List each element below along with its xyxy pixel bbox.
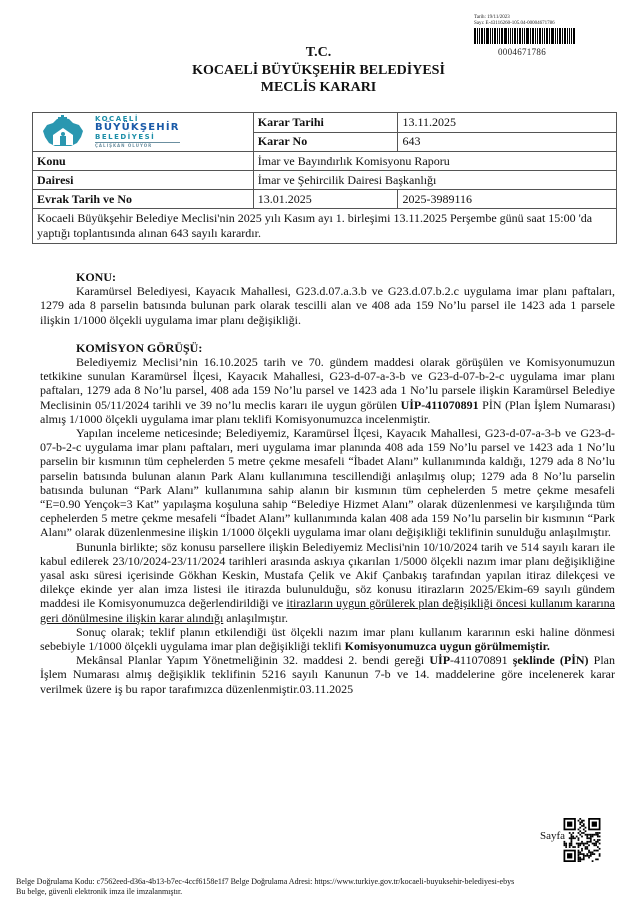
pin-number: UİP-411070891 xyxy=(401,398,479,412)
konu-text: Karamürsel Belediyesi, Kayacık Mahallesi… xyxy=(40,284,615,327)
verification-code: Belge Doğrulama Kodu: c7562eed-d36a-4b13… xyxy=(16,877,514,887)
logo-text-belediyesi: BELEDİYESİ xyxy=(95,133,180,141)
qr-code-icon xyxy=(563,818,601,862)
logo-cell: KOCAELİ BÜYÜKŞEHİR BELEDİYESİ ÇALIŞKAN O… xyxy=(33,113,254,152)
conclusion-bold: Komisyonumuzca uygun görülmemiştir. xyxy=(345,639,550,653)
konu-value: İmar ve Bayındırlık Komisyonu Raporu xyxy=(253,152,616,171)
logo-text-buyuksehir: BÜYÜKŞEHİR xyxy=(95,123,180,133)
stamp-date: 19/11/2023 xyxy=(487,15,510,20)
page-label: Sayfa xyxy=(540,830,565,842)
header-tc: T.C. xyxy=(0,45,637,61)
komisyon-paragraph-4: Sonuç olarak; teklif planın etkilendiği … xyxy=(40,625,615,653)
stamp-date-label: Tarih: xyxy=(474,15,486,20)
komisyon-paragraph-3: Bununla birlikte; söz konusu parsellere … xyxy=(40,540,615,625)
header-institution: KOCAELİ BÜYÜKŞEHİR BELEDİYESİ xyxy=(0,63,637,79)
page-title: MECLİS KARARI xyxy=(0,80,637,96)
komisyon-paragraph-2: Yapılan inceleme neticesinde; Belediyemi… xyxy=(40,426,615,540)
document-body: KONU: Karamürsel Belediyesi, Kayacık Mah… xyxy=(40,270,615,696)
komisyon-paragraph-1: Belediyemiz Meclisi’nin 16.10.2025 tarih… xyxy=(40,355,615,426)
konu-label: Konu xyxy=(33,152,254,171)
evrak-no-value: 2025-3989116 xyxy=(398,190,617,209)
dairesi-label: Dairesi xyxy=(33,171,254,190)
kocaeli-logo-icon xyxy=(37,115,89,149)
komisyon-section-title: KOMİSYON GÖRÜŞÜ: xyxy=(40,341,615,355)
municipality-logo: KOCAELİ BÜYÜKŞEHİR BELEDİYESİ ÇALIŞKAN O… xyxy=(37,115,249,149)
e-signature-note: Bu belge, güvenli elektronik imza ile im… xyxy=(16,887,514,897)
dairesi-value: İmar ve Şehircilik Dairesi Başkanlığı xyxy=(253,171,616,190)
konu-section-title: KONU: xyxy=(40,270,615,284)
logo-slogan: ÇALIŞKAN OLUYOR xyxy=(95,142,180,149)
evrak-label: Evrak Tarih ve No xyxy=(33,190,254,209)
decision-summary: Kocaeli Büyükşehir Belediye Meclisi'nin … xyxy=(33,209,617,244)
document-stamp: Tarih: 19/11/2023 Sayı: E-43116260-105.0… xyxy=(474,15,555,27)
karar-tarihi-label: Karar Tarihi xyxy=(253,113,398,133)
verification-footer: Belge Doğrulama Kodu: c7562eed-d36a-4b13… xyxy=(16,877,514,897)
barcode-icon xyxy=(474,28,580,44)
karar-no-label: Karar No xyxy=(253,132,398,152)
evrak-tarih-value: 13.01.2025 xyxy=(253,190,398,209)
komisyon-paragraph-5: Mekânsal Planlar Yapım Yönetmeliğinin 32… xyxy=(40,653,615,696)
stamp-number: E-43116260-105.04-00004671786 xyxy=(486,21,555,26)
karar-tarihi-value: 13.11.2025 xyxy=(398,113,617,133)
karar-no-value: 643 xyxy=(398,132,617,152)
decision-info-table: KOCAELİ BÜYÜKŞEHİR BELEDİYESİ ÇALIŞKAN O… xyxy=(32,112,617,244)
stamp-number-label: Sayı: xyxy=(474,21,484,26)
